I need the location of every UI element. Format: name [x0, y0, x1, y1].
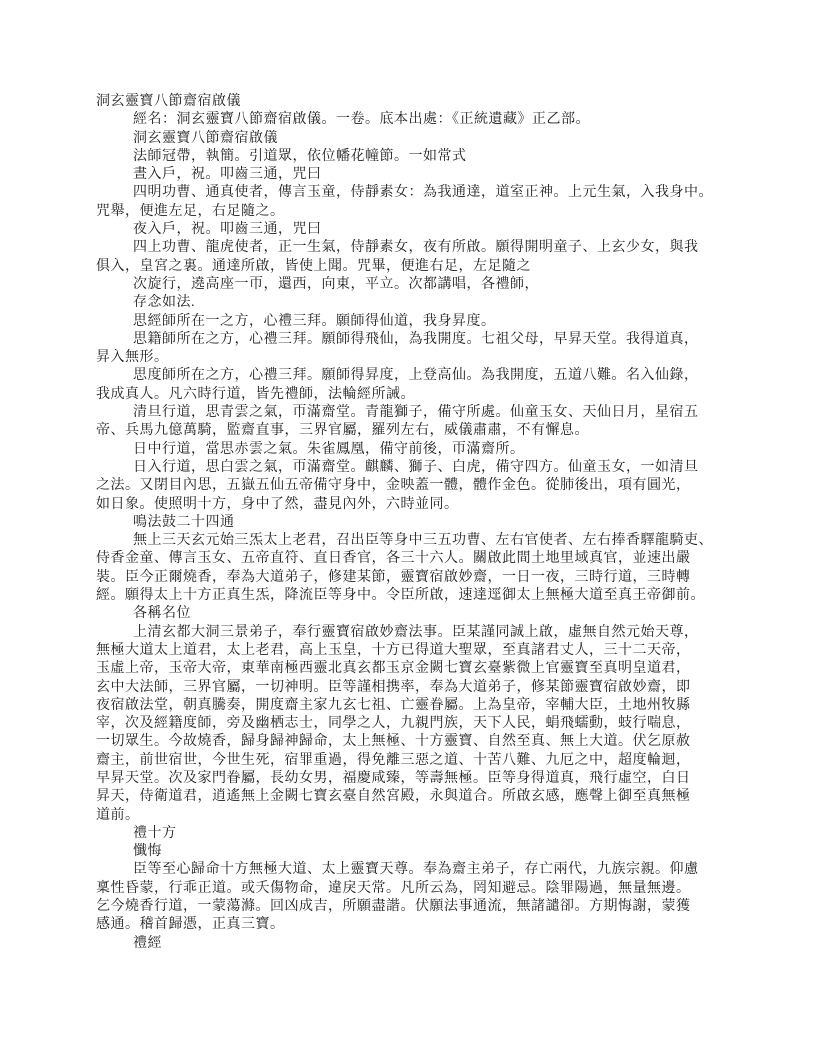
text-line: 玉虛上帝，玉帝大帝，東華南極西靈北真玄都玉京金闕七寶玄臺紫微上官靈寶至真明皇道君… — [96, 660, 744, 678]
text-line: 稟性昏蒙，行乖正道。或夭傷物命，違戾天常。凡所云為，罔知避忌。陰罪陽過，無量無邊… — [96, 880, 744, 898]
document-title-line: 洞玄靈寶八節齋宿啟儀 — [96, 93, 744, 111]
text-line: 懺悔 — [96, 843, 744, 861]
text-line: 夜宿啟法堂，朝真騰奏，開度齋主家九玄七祖、亡靈眷屬。上為皇帝，宰輔大臣，土地州牧… — [96, 697, 744, 715]
text-line: 清旦行道，思青雲之氣，帀滿齋堂。青龍獅子，備守所處。仙童玉女、天仙日月，星宿五 — [96, 404, 744, 422]
document-body: 洞玄靈寶八節齋宿啟儀經名：洞玄靈寶八節齋宿啟儀。一卷。底本出處：《正統遺藏》正乙… — [96, 93, 744, 953]
text-line: 侍香金童、傳言玉女、五帝直符、直日香官，各三十六人。關啟此間土地里域真官，並速出… — [96, 550, 744, 568]
text-line: 帝、兵馬九億萬騎，監齋直事，三界官屬，羅列左右，威儀肅肅，不有懈息。 — [96, 422, 744, 440]
text-line: 思經師所在一之方，心禮三拜。願師得仙道，我身昇度。 — [96, 313, 744, 331]
text-line: 宰，次及經籍度師，旁及幽栖志士，同學之人，九親門族，天下人民，蜎飛蠕動，蚑行喘息… — [96, 715, 744, 733]
text-line: 禮十方 — [96, 825, 744, 843]
text-line: 無上三天玄元始三炁太上老君，召出臣等身中三五功曹、左右官使者、左右捧香驛龍騎吏、 — [96, 532, 744, 550]
text-line: 感通。稽首歸憑，正真三寶。 — [96, 916, 744, 934]
text-line: 臣等至心歸命十方無極大道、太上靈寶天尊。奉為齋主弟子，存亡兩代，九族宗親。仰慮 — [96, 861, 744, 879]
text-line: 裝。臣今正爾燒香，奉為大道弟子，修建某節，靈寶宿啟妙齋，一日一夜，三時行道，三時… — [96, 569, 744, 587]
text-line: 四明功曹、通真使者，傳言玉童，侍靜素女：為我通達，道室正神。上元生氣，入我身中。 — [96, 184, 744, 202]
text-line: 次旋行，遶高座一帀，還西，向東，平立。次都講唱，各禮師， — [96, 276, 744, 294]
text-line: 乞今燒香行道，一蒙蕩滌。回凶成吉，所願盡諧。伏願法事通流，無諸譴卻。方期悔謝，蒙… — [96, 898, 744, 916]
text-line: 咒舉，便進左足，右足隨之。 — [96, 203, 744, 221]
text-line: 夜入戶，祝。叩齒三通，咒曰 — [96, 221, 744, 239]
text-line: 經。願得太上十方正真生炁，降流臣等身中。令臣所啟，速達逕御太上無極大道至真王帝御… — [96, 587, 744, 605]
text-line: 齋主，前世宿世，今世生死，宿罪重過，得免離三惡之道、十苦八難、九厄之中，超度輪迴… — [96, 752, 744, 770]
text-line: 道前。 — [96, 807, 744, 825]
text-line: 我成真人。凡六時行道，皆先禮師，法輪經所誡。 — [96, 386, 744, 404]
text-line: 禮經 — [96, 935, 744, 953]
text-line: 昇天，侍衛道君，逍遙無上金闕七寶玄臺自然宮殿，永與道合。所啟玄感，應聲上御至真無… — [96, 788, 744, 806]
document-page: 洞玄靈寶八節齋宿啟儀經名：洞玄靈寶八節齋宿啟儀。一卷。底本出處：《正統遺藏》正乙… — [0, 0, 816, 1056]
text-line: 昇入無形。 — [96, 349, 744, 367]
text-line: 日入行道，思白雲之氣，帀滿齋堂。麒麟、獅子、白虎，備守四方。仙童玉女，一如清旦 — [96, 459, 744, 477]
text-line: 思籍師所在之方，心禮三拜。願師得飛仙，為我開度。七祖父母，早昇天堂。我得道真， — [96, 331, 744, 349]
text-line: 晝入戶，祝。叩齒三通，咒曰 — [96, 166, 744, 184]
text-line: 法師冠帶，執簡。引道眾，依位幡花幢節。一如常式 — [96, 148, 744, 166]
text-line: 俱入，皇宮之裏。通達所啟，皆使上聞。咒畢，便進右足，左足隨之 — [96, 258, 744, 276]
text-line: 如日象。使照明十方，身中了然，盡見內外，六時並同。 — [96, 496, 744, 514]
text-line: 玄中大法師，三界官屬，一切神明。臣等謹相携率，奉為大道弟子，修某節靈寶宿啟妙齋，… — [96, 679, 744, 697]
text-line: 洞玄靈寶八節齋宿啟儀 — [96, 130, 744, 148]
text-line: 存念如法. — [96, 294, 744, 312]
text-line: 早昇天堂。次及家門眷屬，長幼女男，福慶咸臻，等壽無極。臣等身得道真，飛行虛空，白… — [96, 770, 744, 788]
text-line: 四上功曹、龍虎使者，正一生氣，侍靜素女，夜有所啟。願得開明童子、上玄少女，與我 — [96, 239, 744, 257]
text-line: 一切眾生。今故燒香，歸身歸神歸命，太上無極、十方靈寶、自然至真、無上大道。伏乞原… — [96, 733, 744, 751]
text-line: 經名：洞玄靈寶八節齋宿啟儀。一卷。底本出處：《正統遺藏》正乙部。 — [96, 111, 744, 129]
text-line: 日中行道，當思赤雲之氣。朱雀鳳凰，備守前後，帀滿齋所。 — [96, 441, 744, 459]
text-line: 無極大道太上道君，太上老君，高上玉皇，十方已得道大聖眾，至真諸君丈人，三十二天帝… — [96, 642, 744, 660]
text-line: 思度師所在之方，心禮三拜。願師得昇度，上登高仙。為我開度，五道八難。名入仙錄， — [96, 367, 744, 385]
text-line: 鳴法鼓二十四通 — [96, 514, 744, 532]
text-line: 之法。又閉目內思，五嶽五仙五帝備守身中，金映蓋一體，體作金色。從肺後出，項有圓光… — [96, 477, 744, 495]
text-line: 各稱名位 — [96, 605, 744, 623]
text-line: 上清玄都大洞三景弟子，奉行靈寶宿啟妙齋法事。臣某謹同誠上啟，虛無自然元始天尊， — [96, 624, 744, 642]
